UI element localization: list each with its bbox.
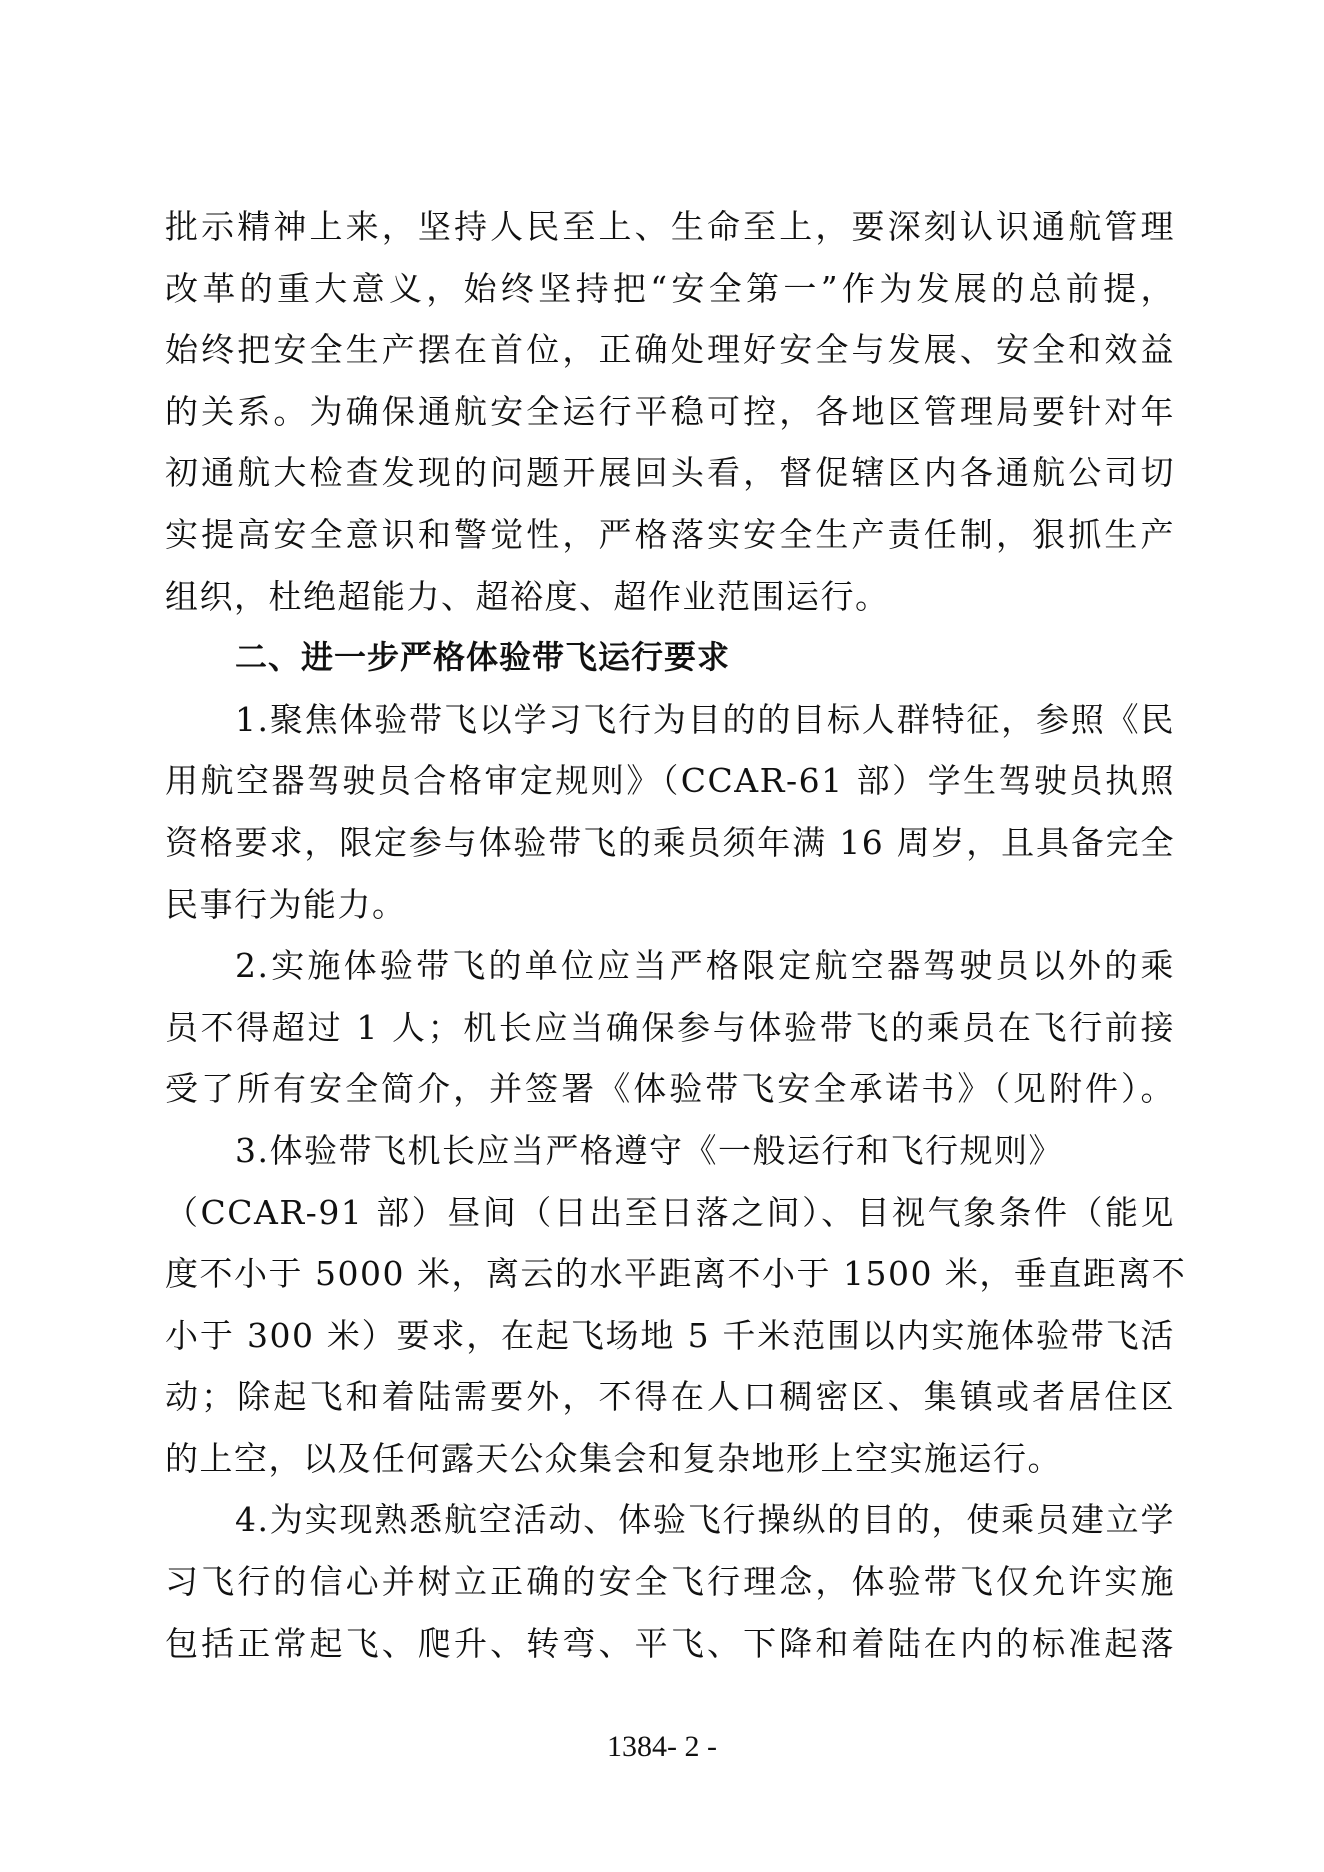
text-line: 4.为实现熟悉航空活动、体验飞行操纵的目的，使乘员建立学	[165, 1489, 1175, 1551]
paragraph-item-1: 1.聚焦体验带飞以学习飞行为目的的目标人群特征，参照《民 用航空器驾驶员合格审定…	[165, 689, 1175, 935]
text-line: 习飞行的信心并树立正确的安全飞行理念，体验带飞仅允许实施	[165, 1551, 1175, 1613]
text-line: 3.体验带飞机长应当严格遵守《一般运行和飞行规则》	[165, 1120, 1175, 1182]
text-line: 资格要求，限定参与体验带飞的乘员须年满 16 周岁，且具备完全	[165, 812, 1175, 874]
text-line: 员不得超过 1 人；机长应当确保参与体验带飞的乘员在飞行前接	[165, 997, 1175, 1059]
text-line: 组织，杜绝超能力、超裕度、超作业范围运行。	[165, 566, 1175, 628]
text-line: 的关系。为确保通航安全运行平稳可控，各地区管理局要针对年	[165, 381, 1175, 443]
text-line: 批示精神上来，坚持人民至上、生命至上，要深刻认识通航管理	[165, 196, 1175, 258]
text-line: 始终把安全生产摆在首位，正确处理好安全与发展、安全和效益	[165, 319, 1175, 381]
heading-line: 二、进一步严格体验带飞运行要求	[165, 627, 1175, 689]
text-line: 1.聚焦体验带飞以学习飞行为目的的目标人群特征，参照《民	[165, 689, 1175, 751]
document-page: 批示精神上来，坚持人民至上、生命至上，要深刻认识通航管理 改革的重大意义，始终坚…	[0, 0, 1324, 1872]
paragraph-item-3: 3.体验带飞机长应当严格遵守《一般运行和飞行规则》 （CCAR-91 部）昼间（…	[165, 1120, 1175, 1490]
text-line: 度不小于 5000 米，离云的水平距离不小于 1500 米，垂直距离不	[165, 1243, 1175, 1305]
document-body: 批示精神上来，坚持人民至上、生命至上，要深刻认识通航管理 改革的重大意义，始终坚…	[165, 196, 1175, 1674]
page-number: 1384- 2 -	[0, 1730, 1324, 1764]
paragraph-continuation: 批示精神上来，坚持人民至上、生命至上，要深刻认识通航管理 改革的重大意义，始终坚…	[165, 196, 1175, 627]
paragraph-item-2: 2.实施体验带飞的单位应当严格限定航空器驾驶员以外的乘 员不得超过 1 人；机长…	[165, 935, 1175, 1120]
text-line: 初通航大检查发现的问题开展回头看，督促辖区内各通航公司切	[165, 442, 1175, 504]
text-line: 实提高安全意识和警觉性，严格落实安全生产责任制，狠抓生产	[165, 504, 1175, 566]
text-line: 的上空，以及任何露天公众集会和复杂地形上空实施运行。	[165, 1428, 1175, 1490]
section-heading: 二、进一步严格体验带飞运行要求	[165, 627, 1175, 689]
text-line: 用航空器驾驶员合格审定规则》（CCAR-61 部）学生驾驶员执照	[165, 750, 1175, 812]
text-line: 动；除起飞和着陆需要外，不得在人口稠密区、集镇或者居住区	[165, 1366, 1175, 1428]
text-line: 民事行为能力。	[165, 874, 1175, 936]
text-line: 小于 300 米）要求，在起飞场地 5 千米范围以内实施体验带飞活	[165, 1305, 1175, 1367]
paragraph-item-4: 4.为实现熟悉航空活动、体验飞行操纵的目的，使乘员建立学 习飞行的信心并树立正确…	[165, 1489, 1175, 1674]
text-line: 2.实施体验带飞的单位应当严格限定航空器驾驶员以外的乘	[165, 935, 1175, 997]
text-line: 改革的重大意义，始终坚持把“安全第一”作为发展的总前提，	[165, 258, 1175, 320]
text-line: （CCAR-91 部）昼间（日出至日落之间）、目视气象条件（能见	[165, 1182, 1175, 1244]
text-line: 受了所有安全简介，并签署《体验带飞安全承诺书》（见附件）。	[165, 1058, 1175, 1120]
text-line: 包括正常起飞、爬升、转弯、平飞、下降和着陆在内的标准起落	[165, 1613, 1175, 1675]
